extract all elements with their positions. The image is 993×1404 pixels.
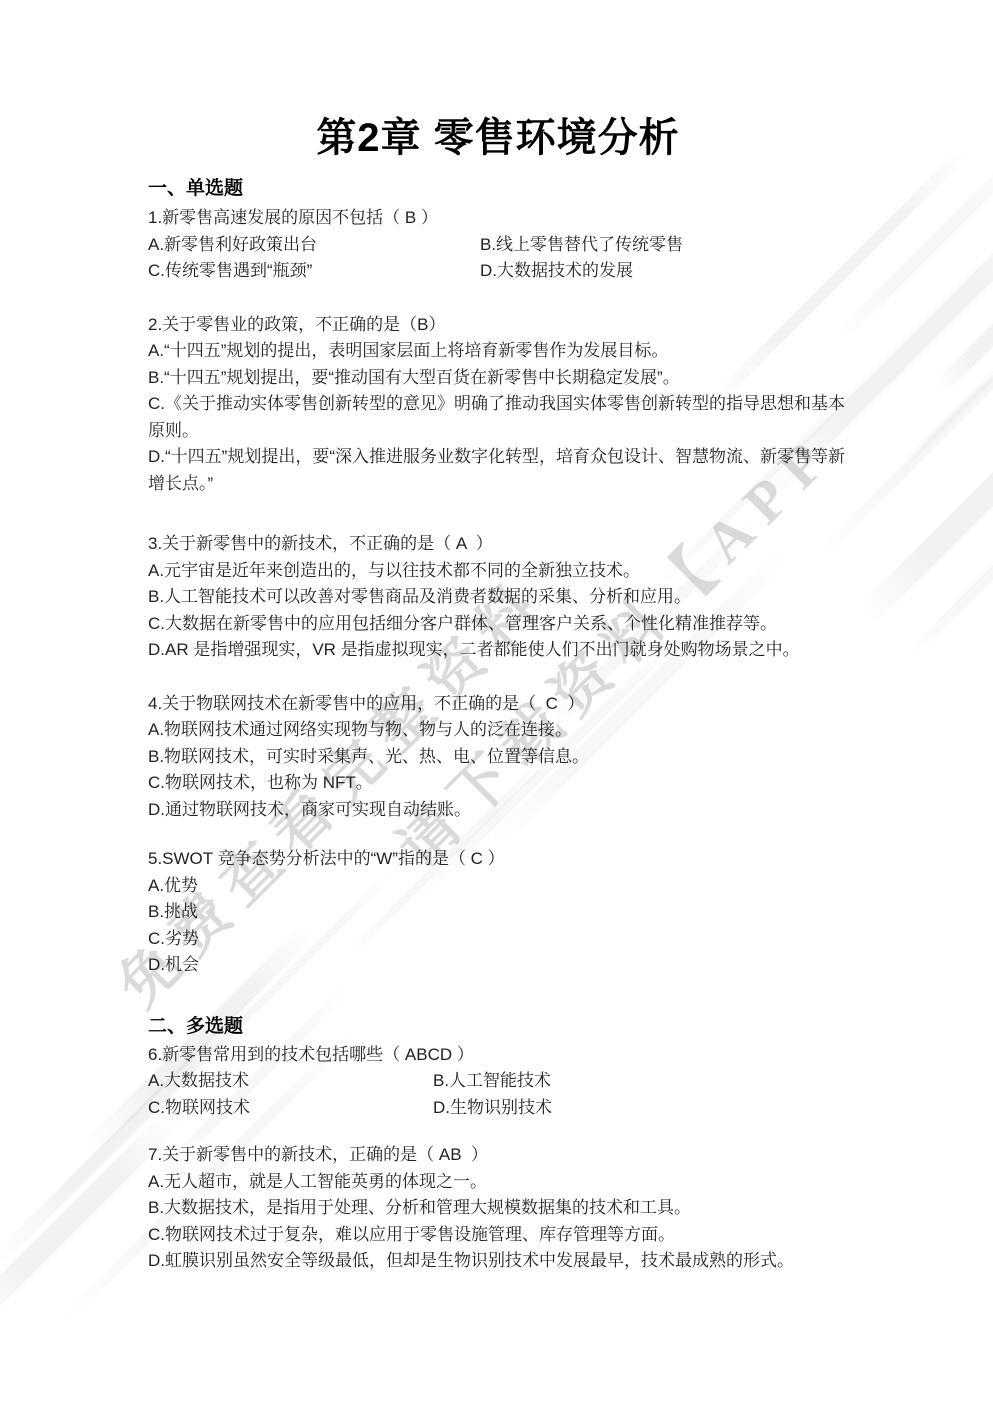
section-heading: 一、单选题: [148, 176, 860, 202]
question-option: A.优势: [148, 873, 860, 900]
question-option: D.生物识别技术: [433, 1095, 860, 1122]
options-group: A.优势B.挑战C.劣势D.机会: [148, 873, 860, 979]
options-group: A.大数据技术B.人工智能技术C.物联网技术D.生物识别技术: [148, 1068, 860, 1121]
question-option: C.物联网技术过于复杂，难以应用于零售设施管理、库存管理等方面。: [148, 1222, 860, 1249]
question-option: B.物联网技术，可实时采集声、光、热、电、位置等信息。: [148, 744, 860, 771]
question-option: D.通过物联网技术，商家可实现自动结账。: [148, 797, 860, 824]
question: 1.新零售高速发展的原因不包括（ B ）A.新零售利好政策出台B.线上零售替代了…: [148, 205, 860, 285]
options-group: A.新零售利好政策出台B.线上零售替代了传统零售C.传统零售遇到“瓶颈”D.大数…: [148, 232, 860, 285]
question: 5.SWOT 竞争态势分析法中的“W”指的是（ C ）A.优势B.挑战C.劣势D…: [148, 846, 860, 979]
question-section: 一、单选题1.新零售高速发展的原因不包括（ B ）A.新零售利好政策出台B.线上…: [148, 176, 860, 979]
question-option: C.物联网技术，也称为 NFT。: [148, 770, 860, 797]
question-stem: 1.新零售高速发展的原因不包括（ B ）: [148, 205, 860, 232]
question-option: C.《关于推动实体零售创新转型的意见》明确了推动我国实体零售创新转型的指导思想和…: [148, 391, 860, 444]
question-stem: 6.新零售常用到的技术包括哪些（ ABCD ）: [148, 1042, 860, 1069]
question-option: C.传统零售遇到“瓶颈”: [148, 258, 480, 285]
options-group: A.物联网技术通过网络实现物与物、物与人的泛在连接。B.物联网技术，可实时采集声…: [148, 717, 860, 823]
options-group: A.元宇宙是近年来创造出的，与以往技术都不同的全新独立技术。B.人工智能技术可以…: [148, 558, 860, 664]
sections: 一、单选题1.新零售高速发展的原因不包括（ B ）A.新零售利好政策出台B.线上…: [148, 176, 860, 1275]
question-option: A.“十四五”规划的提出，表明国家层面上将培育新零售作为发展目标。: [148, 338, 860, 365]
question-option: D.机会: [148, 952, 860, 979]
options-group: A.“十四五”规划的提出，表明国家层面上将培育新零售作为发展目标。B.“十四五”…: [148, 338, 860, 497]
question: 2.关于零售业的政策，不正确的是（B）A.“十四五”规划的提出，表明国家层面上将…: [148, 312, 860, 498]
question-option: C.大数据在新零售中的应用包括细分客户群体、管理客户关系、个性化精准推荐等。: [148, 611, 860, 638]
question-option: D.AR 是指增强现实，VR 是指虚拟现实，二者都能使人们不出门就身处购物场景之…: [148, 637, 860, 664]
question-option: B.大数据技术，是指用于处理、分析和管理大规模数据集的技术和工具。: [148, 1195, 860, 1222]
question-option: A.无人超市，就是人工智能英勇的体现之一。: [148, 1169, 860, 1196]
question-option: B.挑战: [148, 899, 860, 926]
question-option: C.劣势: [148, 926, 860, 953]
document-content: 第2章 零售环境分析 一、单选题1.新零售高速发展的原因不包括（ B ）A.新零…: [0, 112, 993, 1275]
question-stem: 4.关于物联网技术在新零售中的应用，不正确的是（ C ）: [148, 691, 860, 718]
question-option: D.大数据技术的发展: [480, 258, 860, 285]
question-option: C.物联网技术: [148, 1095, 433, 1122]
question-option: A.元宇宙是近年来创造出的，与以往技术都不同的全新独立技术。: [148, 558, 860, 585]
question-option: B.“十四五”规划提出，要“推动国有大型百货在新零售中长期稳定发展”。: [148, 365, 860, 392]
question-stem: 5.SWOT 竞争态势分析法中的“W”指的是（ C ）: [148, 846, 860, 873]
page-title: 第2章 零售环境分析: [142, 112, 854, 164]
document-page: 免费查看完整资料 请下载资料【APP 第2章 零售环境分析 一、单选题1.新零售…: [0, 0, 993, 1404]
question: 3.关于新零售中的新技术，不正确的是（ A ）A.元宇宙是近年来创造出的，与以往…: [148, 531, 860, 664]
question-stem: 3.关于新零售中的新技术，不正确的是（ A ）: [148, 531, 860, 558]
question-stem: 2.关于零售业的政策，不正确的是（B）: [148, 312, 860, 339]
question-stem: 7.关于新零售中的新技术，正确的是（ AB ）: [148, 1142, 860, 1169]
question-option: A.大数据技术: [148, 1068, 433, 1095]
question-option: A.新零售利好政策出台: [148, 232, 480, 259]
options-group: A.无人超市，就是人工智能英勇的体现之一。B.大数据技术，是指用于处理、分析和管…: [148, 1169, 860, 1275]
question: 6.新零售常用到的技术包括哪些（ ABCD ）A.大数据技术B.人工智能技术C.…: [148, 1042, 860, 1122]
section-heading: 二、多选题: [148, 1014, 860, 1040]
question-option: D.虹膜识别虽然安全等级最低，但却是生物识别技术中发展最早，技术最成熟的形式。: [148, 1248, 860, 1275]
question-option: D.“十四五”规划提出，要“深入推进服务业数字化转型，培育众包设计、智慧物流、新…: [148, 444, 860, 497]
question-option: B.人工智能技术可以改善对零售商品及消费者数据的采集、分析和应用。: [148, 584, 860, 611]
question-option: B.线上零售替代了传统零售: [480, 232, 860, 259]
question-section: 二、多选题6.新零售常用到的技术包括哪些（ ABCD ）A.大数据技术B.人工智…: [148, 1014, 860, 1275]
question-option: B.人工智能技术: [433, 1068, 860, 1095]
question: 7.关于新零售中的新技术，正确的是（ AB ）A.无人超市，就是人工智能英勇的体…: [148, 1142, 860, 1275]
question: 4.关于物联网技术在新零售中的应用，不正确的是（ C ）A.物联网技术通过网络实…: [148, 691, 860, 824]
question-option: A.物联网技术通过网络实现物与物、物与人的泛在连接。: [148, 717, 860, 744]
